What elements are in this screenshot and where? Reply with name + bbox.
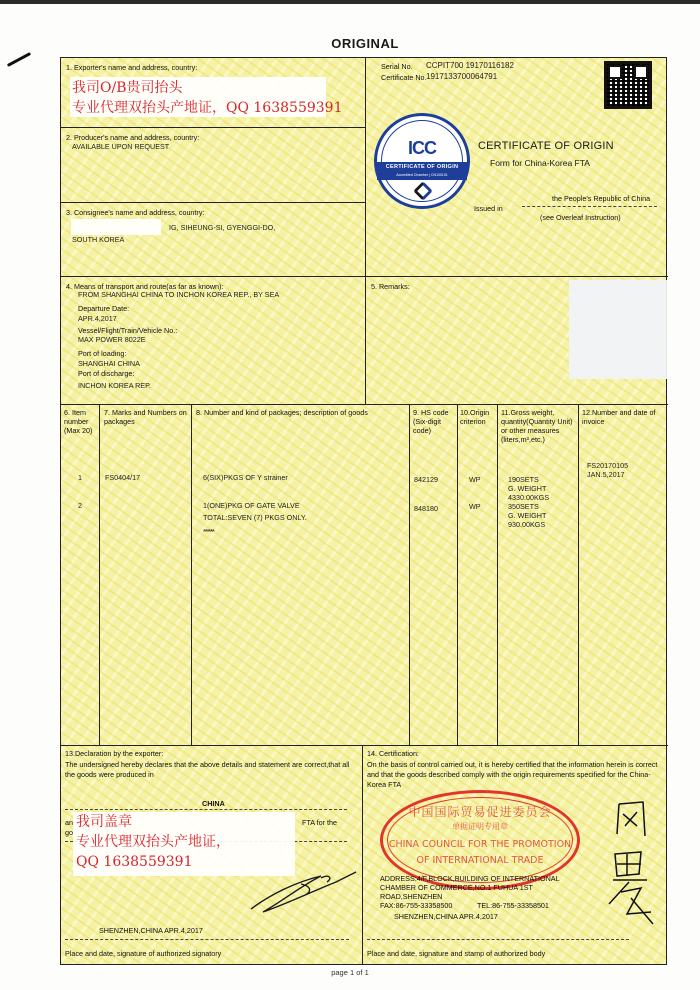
certification-label: 14. Certification: [367, 749, 419, 758]
header-origin: 10.Origin criterion [460, 408, 498, 426]
goods-end-mark: ****** [203, 527, 214, 536]
goods-total: TOTAL:SEVEN (7) PKGS ONLY. [203, 513, 307, 522]
ccpit-fax: FAX:86-755-33358500 [380, 901, 452, 910]
scan-edge [0, 0, 700, 4]
row1-invoice-date: JAN.5,2017 [587, 470, 625, 479]
remarks-redacted [569, 280, 667, 379]
col-invoice [579, 405, 668, 745]
stamp-cn-title: 中国国际贸易促进委员会 [383, 803, 577, 820]
col-quantity [498, 405, 579, 745]
certifier-signature [601, 796, 661, 936]
col-hs [410, 405, 458, 745]
exporter-overlay-line2: 专业代理双抬头产地证，QQ 1638559391 [72, 99, 342, 117]
stamp-en-line1: CHINA COUNCIL FOR THE PROMOTION [383, 839, 577, 850]
col-item [61, 405, 100, 745]
declaration-partial-go: go [65, 828, 73, 837]
header-marks: 7. Marks and Numbers on packages [104, 408, 188, 426]
declaration-overlay-line3: QQ 1638559391 [76, 853, 192, 871]
col-description [192, 405, 410, 745]
loading-label: Port of loading: [78, 349, 126, 358]
row1-qty-1: 190SETS [508, 475, 539, 484]
declaration-overlay-line2: 专业代理双抬头产地证， [76, 833, 230, 851]
producer-value: AVAILABLE UPON REQUEST [72, 142, 169, 151]
declaration-partial-an: an [65, 818, 73, 827]
certification-sign-line [367, 939, 629, 940]
certificate-subtitle: Form for China-Korea FTA [490, 158, 590, 168]
pen-mark [7, 52, 31, 67]
row1-description: 6(SIX)PKGS OF Y strainer [203, 473, 288, 482]
document-title: ORIGINAL [0, 36, 700, 51]
ccpit-address-3: ROAD,SHENZHEN [380, 892, 442, 901]
serial-label: Serial No. [381, 62, 413, 71]
box-producer: 2. Producer's name and address, country:… [61, 128, 366, 203]
departure-value: APR.4,2017 [78, 314, 117, 323]
header-invoice: 12.Number and date of invoice [582, 408, 666, 426]
box-consignee: 3. Consignee's name and address, country… [61, 203, 366, 277]
cert-no-label: Certificate No. [381, 73, 427, 82]
ccpit-address-2: CHAMBER OF COMMERCE,NO.1 FUHUA 1ST [380, 883, 533, 892]
issued-in-value: the People's Republic of China [552, 194, 650, 203]
cert-no-value: 1917133700064791 [426, 72, 497, 81]
row1-origin: WP [469, 475, 481, 484]
header-hs: 9. HS code (Six-digit code) [413, 408, 457, 435]
producer-label: 2. Producer's name and address, country: [66, 133, 199, 142]
departure-label: Departure Date: [78, 304, 129, 313]
col-marks [100, 405, 192, 745]
stamp-cn-sub: 单据证明专用章 [383, 821, 577, 832]
certification-place-date: SHENZHEN,CHINA APR.4,2017 [394, 912, 498, 921]
consignee-redacted [71, 219, 161, 235]
row2-qty-1: 350SETS [508, 502, 539, 511]
serial-value: CCPIT700 19170116182 [426, 61, 514, 70]
certificate-title: CERTIFICATE OF ORIGIN [478, 140, 614, 152]
qr-code-icon [604, 61, 652, 109]
declaration-country: CHINA [202, 799, 225, 808]
row1-item: 1 [78, 473, 82, 482]
discharge-value: INCHON KOREA REP. [78, 381, 151, 390]
row1-qty-3: 4330.00KGS [508, 493, 549, 502]
header-description: 8. Number and kind of packages; descript… [196, 408, 408, 417]
declaration-partial-fta: FTA for the [302, 818, 337, 827]
consignee-label: 3. Consignee's name and address, country… [66, 208, 204, 217]
row2-qty-3: 930.00KGS [508, 520, 545, 529]
declaration-footer: Place and date, signature of authorized … [65, 949, 221, 958]
box-remarks: 5. Remarks: [366, 277, 668, 405]
consignee-line2: SOUTH KOREA [72, 235, 124, 244]
row2-qty-2: G. WEIGHT [508, 511, 546, 520]
exporter-overlay-line1: 我司O/B贵司抬头 [72, 79, 182, 97]
certification-text: On the basis of control carried out, it … [367, 760, 662, 790]
icc-band: CERTIFICATE OF ORIGIN Accredited Chamber… [377, 162, 467, 180]
header-quantity: 11.Gross weight, quantity(Quantity Unit)… [501, 408, 577, 444]
box-certification: 14. Certification: On the basis of contr… [363, 746, 668, 964]
icc-band-sub: Accredited Chamber | CN100101 [377, 172, 467, 178]
exporter-signature [241, 864, 361, 919]
header-item: 6. Item number (Max 20) [64, 408, 98, 435]
col-origin [458, 405, 498, 745]
goods-table: 6. Item number (Max 20) 7. Marks and Num… [61, 405, 668, 746]
vessel-label: Vessel/Flight/Train/Vehicle No.: [78, 326, 177, 335]
row2-origin: WP [469, 502, 481, 511]
declaration-label: 13.Declaration by the exporter: [65, 749, 163, 758]
consignee-line1: IG, SIHEUNG-SI, GYENGGI-DO, [169, 223, 275, 232]
issued-in-line [522, 206, 657, 207]
stamp-en-line2: OF INTERNATIONAL TRADE [383, 855, 577, 866]
discharge-label: Port of discharge: [78, 369, 134, 378]
declaration-place-date: SHENZHEN,CHINA APR.4,2017 [99, 926, 203, 935]
vessel-value: MAX POWER 8022E [78, 335, 146, 344]
row1-invoice-no: FS20170105 [587, 461, 628, 470]
certification-footer: Place and date, signature and stamp of a… [367, 949, 545, 958]
exporter-label: 1. Exporter's name and address, country: [66, 63, 197, 72]
declaration-overlay-line1: 我司盖章 [76, 813, 132, 831]
row1-hs: 842129 [414, 475, 438, 484]
declaration-text: The undersigned hereby declares that the… [65, 760, 355, 780]
certificate-form: 1. Exporter's name and address, country:… [60, 57, 667, 965]
remarks-label: 5. Remarks: [371, 282, 410, 291]
icc-band-title: CERTIFICATE OF ORIGIN [377, 162, 467, 172]
icc-logo: ICC [377, 138, 467, 159]
transport-route: FROM SHANGHAI CHINA TO INCHON KOREA REP.… [78, 290, 279, 299]
icc-seal: ICC CERTIFICATE OF ORIGIN Accredited Cha… [374, 113, 470, 209]
issued-in-label: Issued in [474, 204, 503, 213]
row2-item: 2 [78, 501, 82, 510]
declaration-sign-line [65, 939, 349, 940]
overleaf-note: (see Overleaf Instruction) [540, 213, 621, 222]
loading-value: SHANGHAI CHINA [78, 359, 140, 368]
row2-hs: 848180 [414, 504, 438, 513]
ccpit-address-1: ADDRESS:4/F,BLOCK,BUILDING OF INTERNATIO… [380, 874, 560, 883]
box-transport: 4. Means of transport and route(as far a… [61, 277, 366, 405]
row1-marks: FS0404/17 [105, 473, 140, 482]
box-certificate-header: Serial No. CCPIT700 19170116182 Certific… [366, 58, 668, 277]
row2-description: 1(ONE)PKG OF GATE VALVE [203, 501, 300, 510]
country-line [65, 809, 347, 810]
ccpit-tel: TEL:86-755-33358501 [477, 901, 549, 910]
box-declaration: 13.Declaration by the exporter: The unde… [61, 746, 363, 964]
row1-qty-2: G. WEIGHT [508, 484, 546, 493]
page-number: page 1 of 1 [0, 968, 700, 977]
